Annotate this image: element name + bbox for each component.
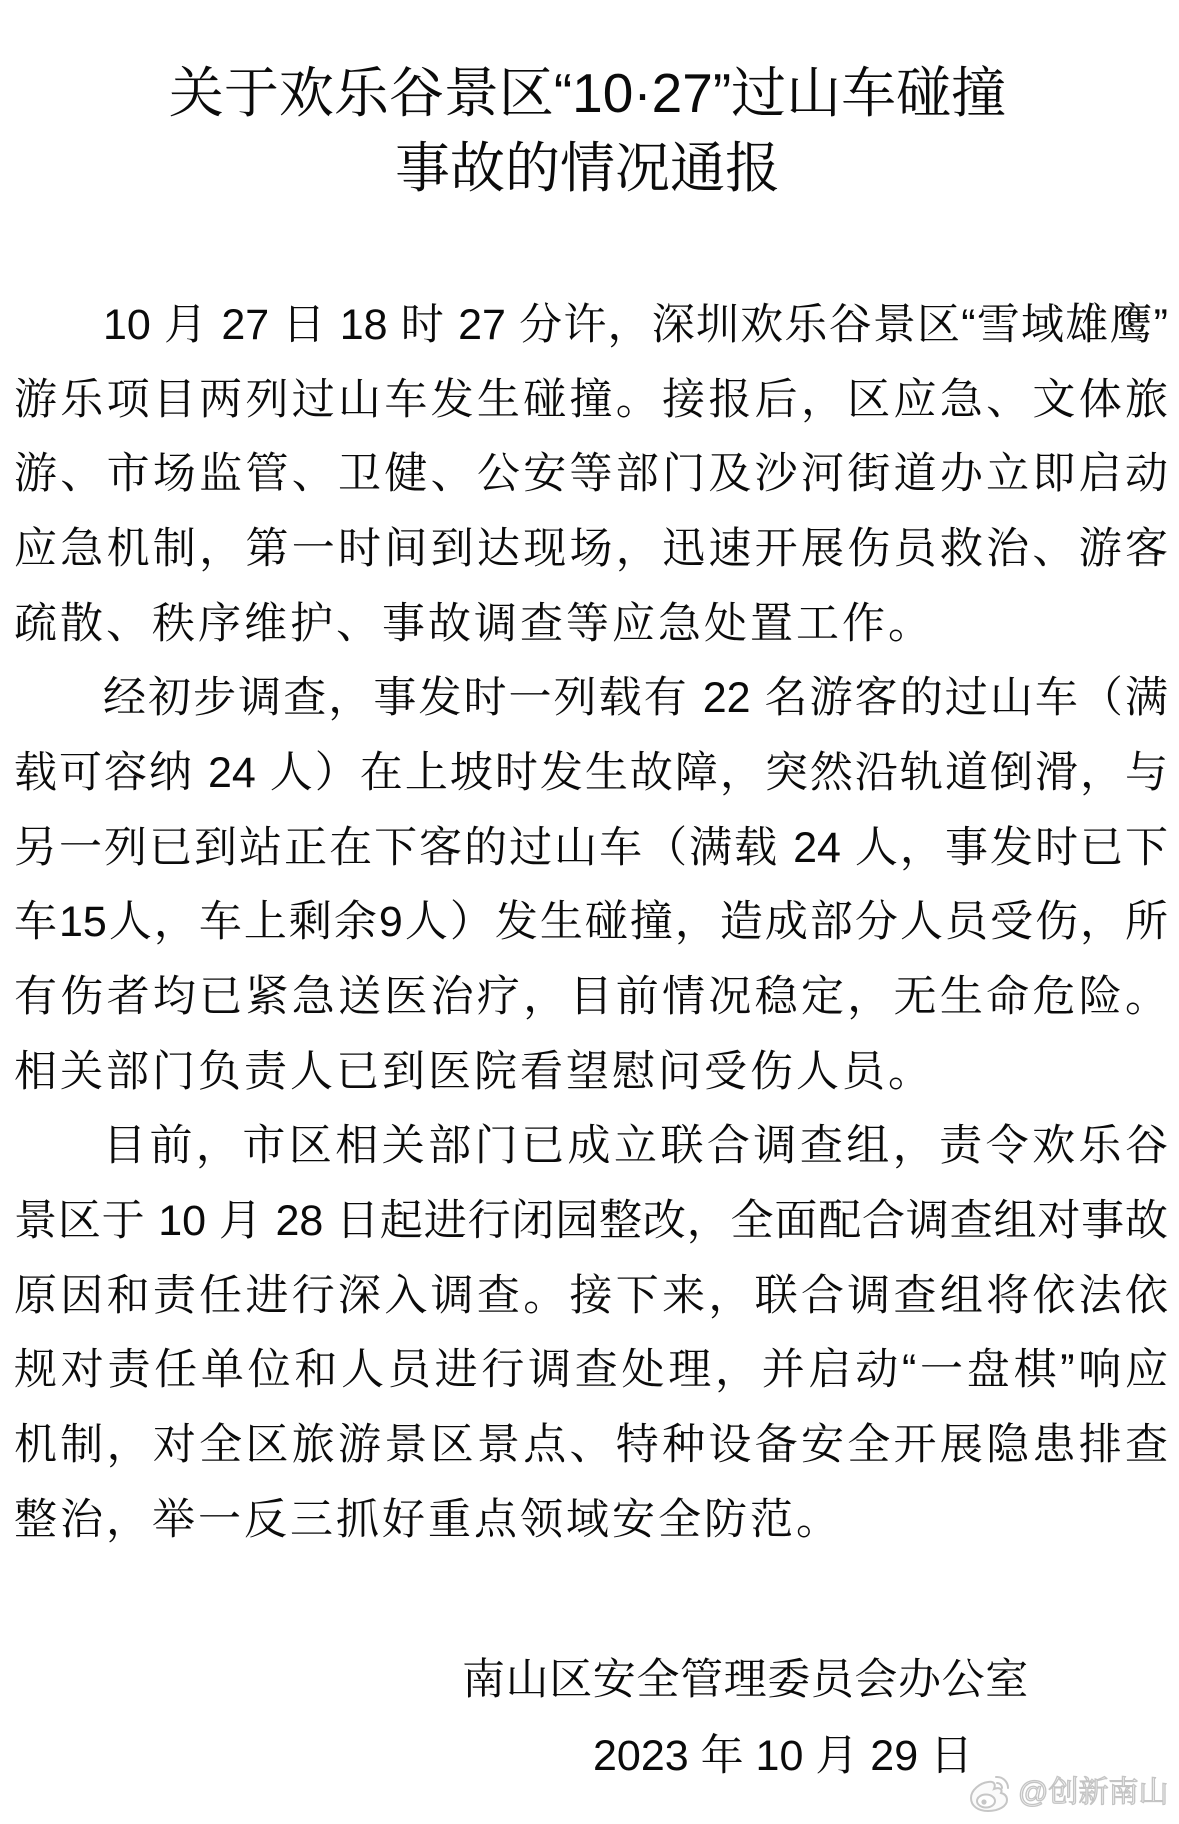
- paragraph-line: 有伤者均已紧急送医治疗，目前情况稳定，无生命危险。: [14, 960, 1168, 1035]
- issuer-signature: 南山区安全管理委员会办公室: [462, 1655, 1029, 1705]
- paragraph-line: 原因和责任进行深入调查。接下来，联合调查组将依法依: [14, 1259, 1168, 1334]
- weibo-icon: [966, 1773, 1012, 1813]
- paragraph-line: 景区于 10 月 28 日起进行闭园整改，全面配合调查组对事故: [14, 1184, 1168, 1259]
- paragraph-line: 应急机制，第一时间到达现场，迅速开展伤员救治、游客: [14, 512, 1168, 587]
- paragraph-line: 游乐项目两列过山车发生碰撞。接报后，区应急、文体旅: [14, 363, 1168, 438]
- paragraph-line: 目前，市区相关部门已成立联合调查组，责令欢乐谷: [14, 1109, 1168, 1184]
- paragraph-line: 载可容纳 24 人）在上坡时发生故障，突然沿轨道倒滑，与: [14, 736, 1168, 811]
- paragraph-line: 车15人，车上剩余9人）发生碰撞，造成部分人员受伤，所: [14, 885, 1168, 960]
- title-line-1: 关于欢乐谷景区“10·27”过山车碰撞: [0, 56, 1175, 131]
- title-line-2: 事故的情况通报: [0, 131, 1175, 206]
- weibo-watermark: @创新南山: [966, 1772, 1168, 1814]
- issue-date: 2023 年 10 月 29 日: [593, 1731, 973, 1781]
- notice-body: 10 月 27 日 18 时 27 分许，深圳欢乐谷景区“雪域雄鹰” 游乐项目两…: [14, 288, 1168, 1557]
- paragraph-line: 相关部门负责人已到医院看望慰问受伤人员。: [14, 1035, 1168, 1110]
- paragraph-line: 10 月 27 日 18 时 27 分许，深圳欢乐谷景区“雪域雄鹰”: [14, 288, 1168, 363]
- paragraph-line: 机制，对全区旅游景区景点、特种设备安全开展隐患排查: [14, 1408, 1168, 1483]
- paragraph-line: 规对责任单位和人员进行调查处理，并启动“一盘棋”响应: [14, 1333, 1168, 1408]
- paragraph-3: 目前，市区相关部门已成立联合调查组，责令欢乐谷 景区于 10 月 28 日起进行…: [14, 1109, 1168, 1557]
- paragraph-line: 整治，举一反三抓好重点领域安全防范。: [14, 1483, 1168, 1558]
- notice-title: 关于欢乐谷景区“10·27”过山车碰撞 事故的情况通报: [0, 56, 1175, 206]
- paragraph-1: 10 月 27 日 18 时 27 分许，深圳欢乐谷景区“雪域雄鹰” 游乐项目两…: [14, 288, 1168, 661]
- paragraph-line: 疏散、秩序维护、事故调查等应急处置工作。: [14, 587, 1168, 662]
- paragraph-line: 经初步调查，事发时一列载有 22 名游客的过山车（满: [14, 661, 1168, 736]
- paragraph-2: 经初步调查，事发时一列载有 22 名游客的过山车（满 载可容纳 24 人）在上坡…: [14, 661, 1168, 1109]
- paragraph-line: 另一列已到站正在下客的过山车（满载 24 人，事发时已下: [14, 811, 1168, 886]
- paragraph-line: 游、市场监管、卫健、公安等部门及沙河街道办立即启动: [14, 437, 1168, 512]
- watermark-handle: @创新南山: [1018, 1775, 1168, 1811]
